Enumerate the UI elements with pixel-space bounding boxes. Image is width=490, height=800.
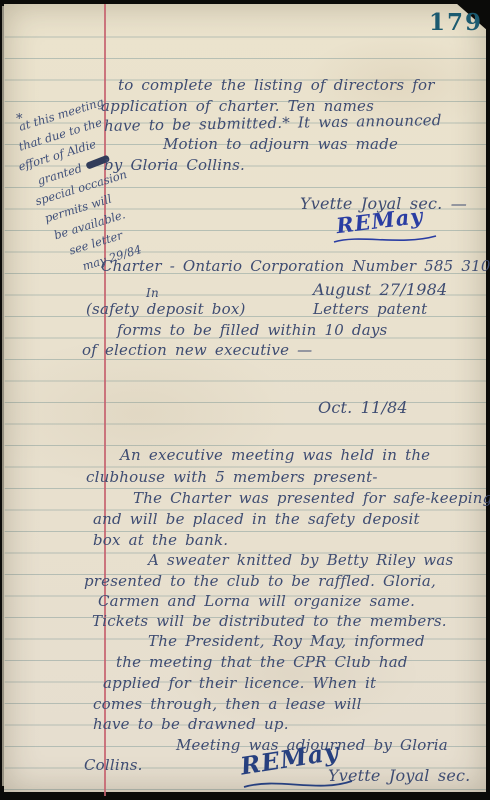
meeting-line: A sweater knitted by Betty Riley was (148, 551, 453, 569)
meeting-line: Collins. (84, 756, 143, 774)
minutes-line: to complete the listing of directors for (118, 76, 435, 94)
meeting-line: the meeting that the CPR Club had (116, 653, 408, 671)
meeting-date-heading: Oct. 11/84 (318, 398, 408, 417)
charter-line: forms to be filled within 10 days (117, 321, 387, 339)
charter-line: of election new executive — (82, 341, 312, 359)
meeting-line: box at the bank. (93, 531, 228, 549)
meeting-line: Tickets will be distributed to the membe… (92, 612, 447, 630)
secretary-signature: Yvette Joyal sec. (328, 766, 470, 785)
charter-parenthetical: (safety deposit box) (86, 300, 246, 318)
meeting-line: presented to the club to be raffled. Glo… (84, 572, 436, 590)
meeting-line: comes through, then a lease will (93, 695, 362, 713)
meeting-line: clubhouse with 5 members present- (86, 468, 378, 486)
meeting-line: The President, Roy May, informed (148, 632, 425, 650)
charter-letters-patent: Letters patent (313, 300, 427, 318)
minutes-line: Motion to adjourn was made (163, 135, 398, 153)
meeting-line: and will be placed in the safety deposit (93, 510, 420, 528)
meeting-line: Carmen and Lorna will organize same. (98, 592, 415, 610)
charter-date: August 27/1984 (313, 280, 447, 299)
meeting-line: The Charter was presented for safe-keepi… (133, 489, 490, 507)
minutes-line: by Gloria Collins. (104, 156, 245, 174)
meeting-line: applied for their licence. When it (103, 674, 376, 692)
charter-inserted-word: In (146, 286, 159, 300)
meeting-line: have to be drawned up. (93, 715, 289, 733)
page-number: 179 (429, 9, 483, 36)
charter-line: Charter - Ontario Corporation Number 585… (101, 257, 490, 275)
meeting-line: An executive meeting was held in the (120, 446, 430, 464)
